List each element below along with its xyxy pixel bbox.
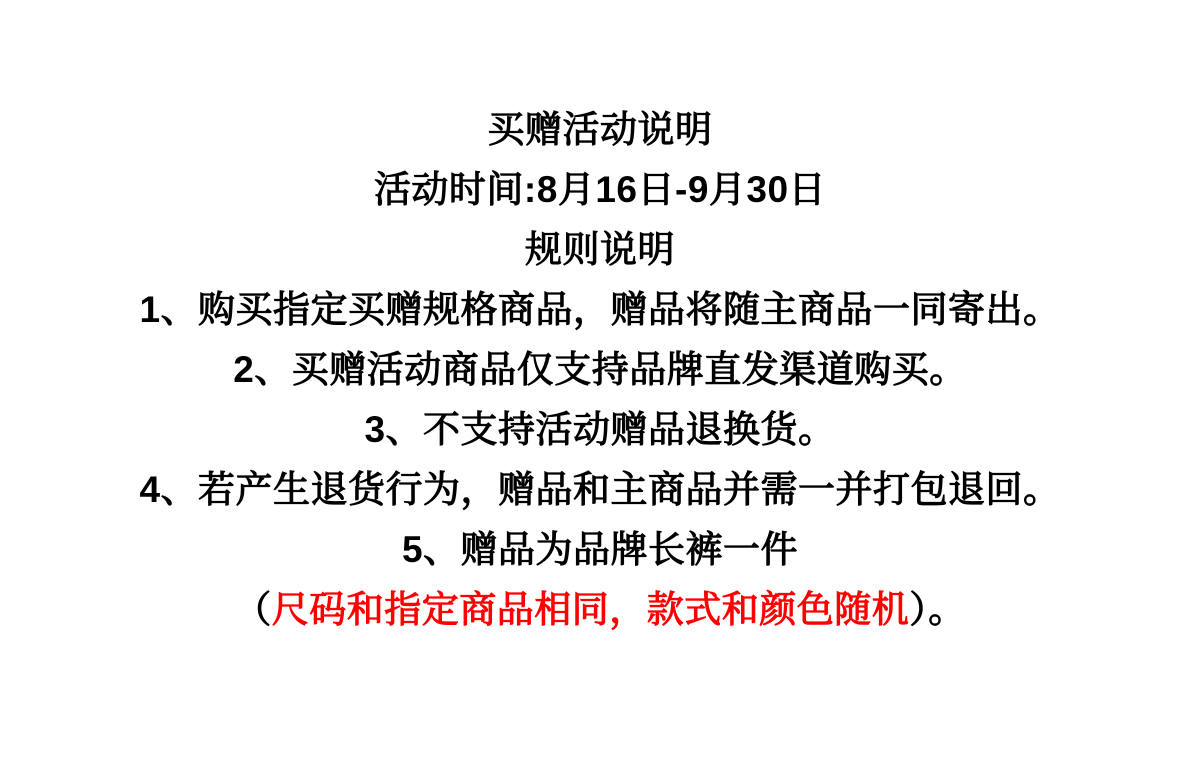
gift-note-close: ）。 [909,589,966,630]
activity-period: 活动时间:8月16日-9月30日 [0,160,1200,220]
rule-item-3: 3、不支持活动赠品退换货。 [0,400,1200,460]
rule-item-4: 4、若产生退货行为，赠品和主商品并需一并打包退回。 [0,460,1200,520]
rules-heading: 规则说明 [0,220,1200,280]
rule-item-5: 5、赠品为品牌长裤一件 [0,520,1200,580]
rule-item-2: 2、买赠活动商品仅支持品牌直发渠道购买。 [0,340,1200,400]
gift-note-highlight: 尺码和指定商品相同，款式和颜色随机 [272,589,910,630]
notice-title: 买赠活动说明 [0,100,1200,160]
promo-notice: 买赠活动说明 活动时间:8月16日-9月30日 规则说明 1、购买指定买赠规格商… [0,0,1200,640]
rule-item-1: 1、购买指定买赠规格商品，赠品将随主商品一同寄出。 [0,280,1200,340]
gift-note: （尺码和指定商品相同，款式和颜色随机）。 [0,580,1200,640]
gift-note-open-paren: （ [234,589,272,630]
